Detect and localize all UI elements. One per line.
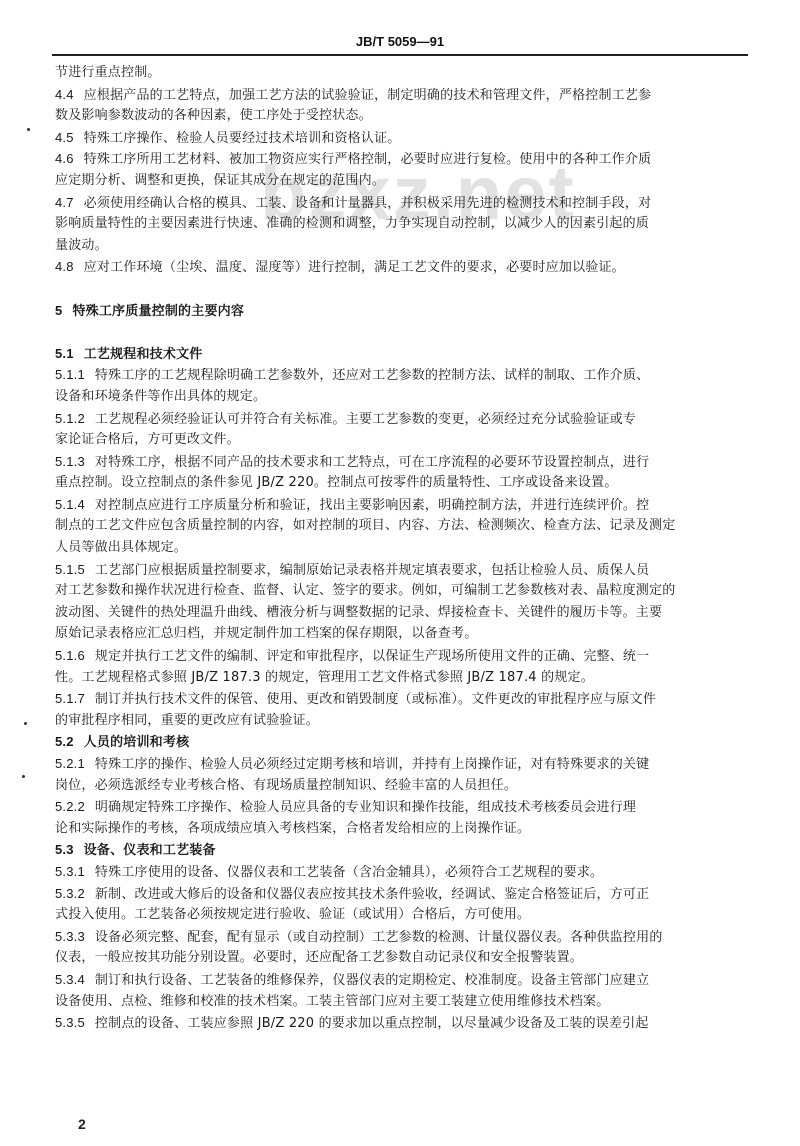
paragraph-line: 性。工艺规程格式参照 JB/Z 187.3 的规定，管理用工艺文件格式参照 JB… (55, 667, 755, 689)
clause-number: 4.6 (55, 148, 74, 170)
clause-text: 新制、改进或大修后的设备和仪器仪表应按其技术条件验收，经调试、鉴定合格签证后，方… (95, 887, 649, 902)
spacer (55, 278, 755, 300)
standard-code: JB/T 5059—91 (0, 34, 800, 49)
clause-text: 应对工作环境（尘埃、温度、湿度等）进行控制，满足工艺文件的要求，必要时应加以验证… (84, 260, 625, 275)
clause-text: 控制点的设备、工装应参照 JB/Z 220 的要求加以重点控制，以尽量减少设备及… (95, 1016, 649, 1031)
clause-text: 式投入使用。工艺装备必须按规定进行验收、验证（或试用）合格后，方可使用。 (55, 907, 530, 922)
clause-text: 特殊工序操作、检验人员要经过技术培训和资格认证。 (84, 131, 401, 146)
section-heading: 5.1工艺规程和技术文件 (55, 343, 755, 365)
paragraph-line: 5.3.4制订和执行设备、工艺装备的维修保养，仪器仪表的定期检定、校准制度。设备… (55, 969, 755, 991)
clause-number: 5.3.4 (55, 969, 85, 991)
paragraph-line: 波动图、关键件的热处理温升曲线、槽液分析与调整数据的记录、焊接检查卡、关键件的履… (55, 602, 755, 624)
clause-number: 5.1.1 (55, 364, 85, 386)
clause-text: 特殊工序所用工艺材料、被加工物资应实行严格控制，必要时应进行复检。使用中的各种工… (84, 152, 652, 167)
paragraph-line: 5.3.1特殊工序使用的设备、仪器仪表和工艺装备（含冶金辅具），必须符合工艺规程… (55, 861, 755, 883)
clause-text: 工艺规程和技术文件 (84, 347, 203, 362)
paragraph-line: 数及影响参数波动的各种因素，使工序处于受控状态。 (55, 105, 755, 127)
clause-text: 设备使用、点检、维修和校准的技术档案。工装主管部门应对主要工装建立使用维修技术档… (55, 994, 609, 1009)
clause-text: 的审批程序相同，重要的更改应有试验验证。 (55, 713, 319, 728)
paragraph-line: 仪表，一般应按其功能分别设置。必要时，还应配备工艺参数自动记录仪和安全报警装置。 (55, 947, 755, 969)
clause-number: 5 (55, 300, 62, 322)
clause-text: 规定并执行工艺文件的编制、评定和审批程序，以保证生产现场所使用文件的正确、完整、… (95, 649, 649, 664)
paragraph-line: 5.1.7制订并执行技术文件的保管、使用、更改和销毁制度（或标准）。文件更改的审… (55, 688, 755, 710)
paragraph-line: 岗位，必须选派经专业考核合格、有现场质量控制知识、经验丰富的人员担任。 (55, 775, 755, 797)
clause-text: 仪表，一般应按其功能分别设置。必要时，还应配备工艺参数自动记录仪和安全报警装置。 (55, 950, 583, 965)
clause-text: 工艺部门应根据质量控制要求，编制原始记录表格并规定填表要求，包括让检验人员、质保… (95, 563, 649, 578)
clause-number: 5.2 (55, 731, 74, 753)
clause-number: 5.3.5 (55, 1012, 85, 1034)
clause-text: 量波动。 (55, 238, 108, 253)
clause-number: 5.1.4 (55, 494, 85, 516)
clause-number: 5.3.2 (55, 883, 85, 905)
clause-text: 节进行重点控制。 (55, 65, 161, 80)
paragraph-line: 4.7必须使用经确认合格的模具、工装、设备和计量器具，并积极采用先进的检测技术和… (55, 192, 755, 214)
paragraph-line: 量波动。 (55, 235, 755, 257)
paragraph-line: 应定期分析、调整和更换，保证其成分在规定的范围内。 (55, 170, 755, 192)
clause-text: 制订和执行设备、工艺装备的维修保养，仪器仪表的定期检定、校准制度。设备主管部门应… (95, 973, 649, 988)
clause-text: 制点的工艺文件应包含质量控制的内容，如对控制的项目、内容、方法、检测频次、检查方… (55, 518, 675, 533)
clause-text: 数及影响参数波动的各种因素，使工序处于受控状态。 (55, 108, 372, 123)
clause-text: 影响质量特性的主要因素进行快速、准确的检测和调整，力争实现自动控制，以减少人的因… (55, 216, 649, 231)
paragraph-line: 家论证合格后，方可更改文件。 (55, 429, 755, 451)
clause-text: 对控制点应进行工序质量分析和验证，找出主要影响因素，明确控制方法，并进行连续评价… (95, 498, 649, 513)
clause-number: 5.2.1 (55, 753, 85, 775)
clause-text: 人员的培训和考核 (84, 735, 190, 750)
page-number: 2 (78, 1116, 86, 1132)
paragraph-line: 5.1.4对控制点应进行工序质量分析和验证，找出主要影响因素，明确控制方法，并进… (55, 494, 755, 516)
clause-number: 5.1.5 (55, 559, 85, 581)
paragraph-line: 5.1.2工艺规程必须经验证认可并符合有关标准。主要工艺参数的变更，必须经过充分… (55, 408, 755, 430)
clause-text: 制订并执行技术文件的保管、使用、更改和销毁制度（或标准）。文件更改的审批程序应与… (95, 692, 656, 707)
clause-text: 对特殊工序，根据不同产品的技术要求和工艺特点，可在工序流程的必要环节设置控制点，… (95, 455, 649, 470)
clause-text: 应根据产品的工艺特点，加强工艺方法的试验验证，制定明确的技术和管理文件，严格控制… (84, 88, 652, 103)
clause-number: 5.3.3 (55, 926, 85, 948)
clause-text: 波动图、关键件的热处理温升曲线、槽液分析与调整数据的记录、焊接检查卡、关键件的履… (55, 605, 662, 620)
clause-text: 重点控制。设立控制点的条件参见 JB/Z 220。控制点可按零件的质量特性、工序… (55, 475, 618, 490)
clause-text: 应定期分析、调整和更换，保证其成分在规定的范围内。 (55, 173, 385, 188)
paragraph-line: 节进行重点控制。 (55, 62, 755, 84)
clause-text: 对工艺参数和操作状况进行检查、监督、认定、签字的要求。例如，可编制工艺参数核对表… (55, 583, 675, 598)
clause-number: 4.7 (55, 192, 74, 214)
paragraph-line: 5.1.6规定并执行工艺文件的编制、评定和审批程序，以保证生产现场所使用文件的正… (55, 645, 755, 667)
paragraph-line: 5.3.3设备必须完整、配套，配有显示（或自动控制）工艺参数的检测、计量仪器仪表… (55, 926, 755, 948)
clause-text: 设备必须完整、配套，配有显示（或自动控制）工艺参数的检测、计量仪器仪表。各种供监… (95, 930, 663, 945)
paragraph-line: 5.2.1特殊工序的操作、检验人员必须经过定期考核和培训，并持有上岗操作证，对有… (55, 753, 755, 775)
clause-number: 5.1.3 (55, 451, 85, 473)
clause-number: 5.2.2 (55, 796, 85, 818)
clause-text: 性。工艺规程格式参照 JB/Z 187.3 的规定，管理用工艺文件格式参照 JB… (55, 670, 594, 685)
paragraph-line: 5.1.5工艺部门应根据质量控制要求，编制原始记录表格并规定填表要求，包括让检验… (55, 559, 755, 581)
document-body: 节进行重点控制。4.4应根据产品的工艺特点，加强工艺方法的试验验证，制定明确的技… (55, 62, 755, 1034)
clause-number: 5.3 (55, 839, 74, 861)
paragraph-line: 4.4应根据产品的工艺特点，加强工艺方法的试验验证，制定明确的技术和管理文件，严… (55, 84, 755, 106)
clause-text: 特殊工序的工艺规程除明确工艺参数外，还应对工艺参数的控制方法、试样的制取、工作介… (95, 368, 649, 383)
section-heading: 5特殊工序质量控制的主要内容 (55, 300, 755, 322)
clause-number: 5.1.2 (55, 408, 85, 430)
clause-text: 人员等做出具体规定。 (55, 540, 187, 555)
scan-speck (22, 775, 25, 778)
clause-text: 家论证合格后，方可更改文件。 (55, 432, 240, 447)
clause-text: 特殊工序的操作、检验人员必须经过定期考核和培训，并持有上岗操作证，对有特殊要求的… (95, 757, 649, 772)
section-heading: 5.3设备、仪表和工艺装备 (55, 839, 755, 861)
paragraph-line: 设备和环境条件等作出具体的规定。 (55, 386, 755, 408)
clause-text: 岗位，必须选派经专业考核合格、有现场质量控制知识、经验丰富的人员担任。 (55, 778, 517, 793)
clause-text: 原始记录表格应汇总归档，并规定制件加工档案的保存期限，以备查考。 (55, 626, 477, 641)
paragraph-line: 5.3.5控制点的设备、工装应参照 JB/Z 220 的要求加以重点控制，以尽量… (55, 1012, 755, 1034)
clause-number: 4.5 (55, 127, 74, 149)
clause-text: 特殊工序使用的设备、仪器仪表和工艺装备（含冶金辅具），必须符合工艺规程的要求。 (95, 865, 603, 880)
clause-number: 4.8 (55, 256, 74, 278)
clause-text: 必须使用经确认合格的模具、工装、设备和计量器具，并积极采用先进的检测技术和控制手… (84, 196, 652, 211)
clause-text: 特殊工序质量控制的主要内容 (72, 304, 244, 319)
clause-text: 设备、仪表和工艺装备 (84, 843, 216, 858)
paragraph-line: 的审批程序相同，重要的更改应有试验验证。 (55, 710, 755, 732)
clause-number: 5.1.6 (55, 645, 85, 667)
paragraph-line: 4.8应对工作环境（尘埃、温度、湿度等）进行控制，满足工艺文件的要求，必要时应加… (55, 256, 755, 278)
paragraph-line: 对工艺参数和操作状况进行检查、监督、认定、签字的要求。例如，可编制工艺参数核对表… (55, 580, 755, 602)
header-rule (52, 54, 748, 56)
paragraph-line: 4.5特殊工序操作、检验人员要经过技术培训和资格认证。 (55, 127, 755, 149)
clause-text: 明确规定特殊工序操作、检验人员应具备的专业知识和操作技能，组成技术考核委员会进行… (95, 800, 636, 815)
paragraph-line: 4.6特殊工序所用工艺材料、被加工物资应实行严格控制，必要时应进行复检。使用中的… (55, 148, 755, 170)
paragraph-line: 式投入使用。工艺装备必须按规定进行验收、验证（或试用）合格后，方可使用。 (55, 904, 755, 926)
clause-text: 论和实际操作的考核，各项成绩应填入考核档案，合格者发给相应的上岗操作证。 (55, 821, 530, 836)
clause-number: 5.3.1 (55, 861, 85, 883)
paragraph-line: 5.1.1特殊工序的工艺规程除明确工艺参数外，还应对工艺参数的控制方法、试样的制… (55, 364, 755, 386)
paragraph-line: 5.3.2新制、改进或大修后的设备和仪器仪表应按其技术条件验收，经调试、鉴定合格… (55, 883, 755, 905)
paragraph-line: 制点的工艺文件应包含质量控制的内容，如对控制的项目、内容、方法、检测频次、检查方… (55, 515, 755, 537)
section-heading: 5.2人员的培训和考核 (55, 731, 755, 753)
clause-text: 设备和环境条件等作出具体的规定。 (55, 389, 266, 404)
paragraph-line: 重点控制。设立控制点的条件参见 JB/Z 220。控制点可按零件的质量特性、工序… (55, 472, 755, 494)
clause-number: 5.1 (55, 343, 74, 365)
paragraph-line: 设备使用、点检、维修和校准的技术档案。工装主管部门应对主要工装建立使用维修技术档… (55, 991, 755, 1013)
paragraph-line: 5.2.2明确规定特殊工序操作、检验人员应具备的专业知识和操作技能，组成技术考核… (55, 796, 755, 818)
paragraph-line: 人员等做出具体规定。 (55, 537, 755, 559)
paragraph-line: 5.1.3对特殊工序，根据不同产品的技术要求和工艺特点，可在工序流程的必要环节设… (55, 451, 755, 473)
scan-speck (27, 128, 30, 131)
paragraph-line: 论和实际操作的考核，各项成绩应填入考核档案，合格者发给相应的上岗操作证。 (55, 818, 755, 840)
paragraph-line: 原始记录表格应汇总归档，并规定制件加工档案的保存期限，以备查考。 (55, 623, 755, 645)
spacer (55, 321, 755, 343)
scan-speck (24, 722, 27, 725)
paragraph-line: 影响质量特性的主要因素进行快速、准确的检测和调整，力争实现自动控制，以减少人的因… (55, 213, 755, 235)
clause-text: 工艺规程必须经验证认可并符合有关标准。主要工艺参数的变更，必须经过充分试验验证或… (95, 412, 636, 427)
clause-number: 5.1.7 (55, 688, 85, 710)
clause-number: 4.4 (55, 84, 74, 106)
